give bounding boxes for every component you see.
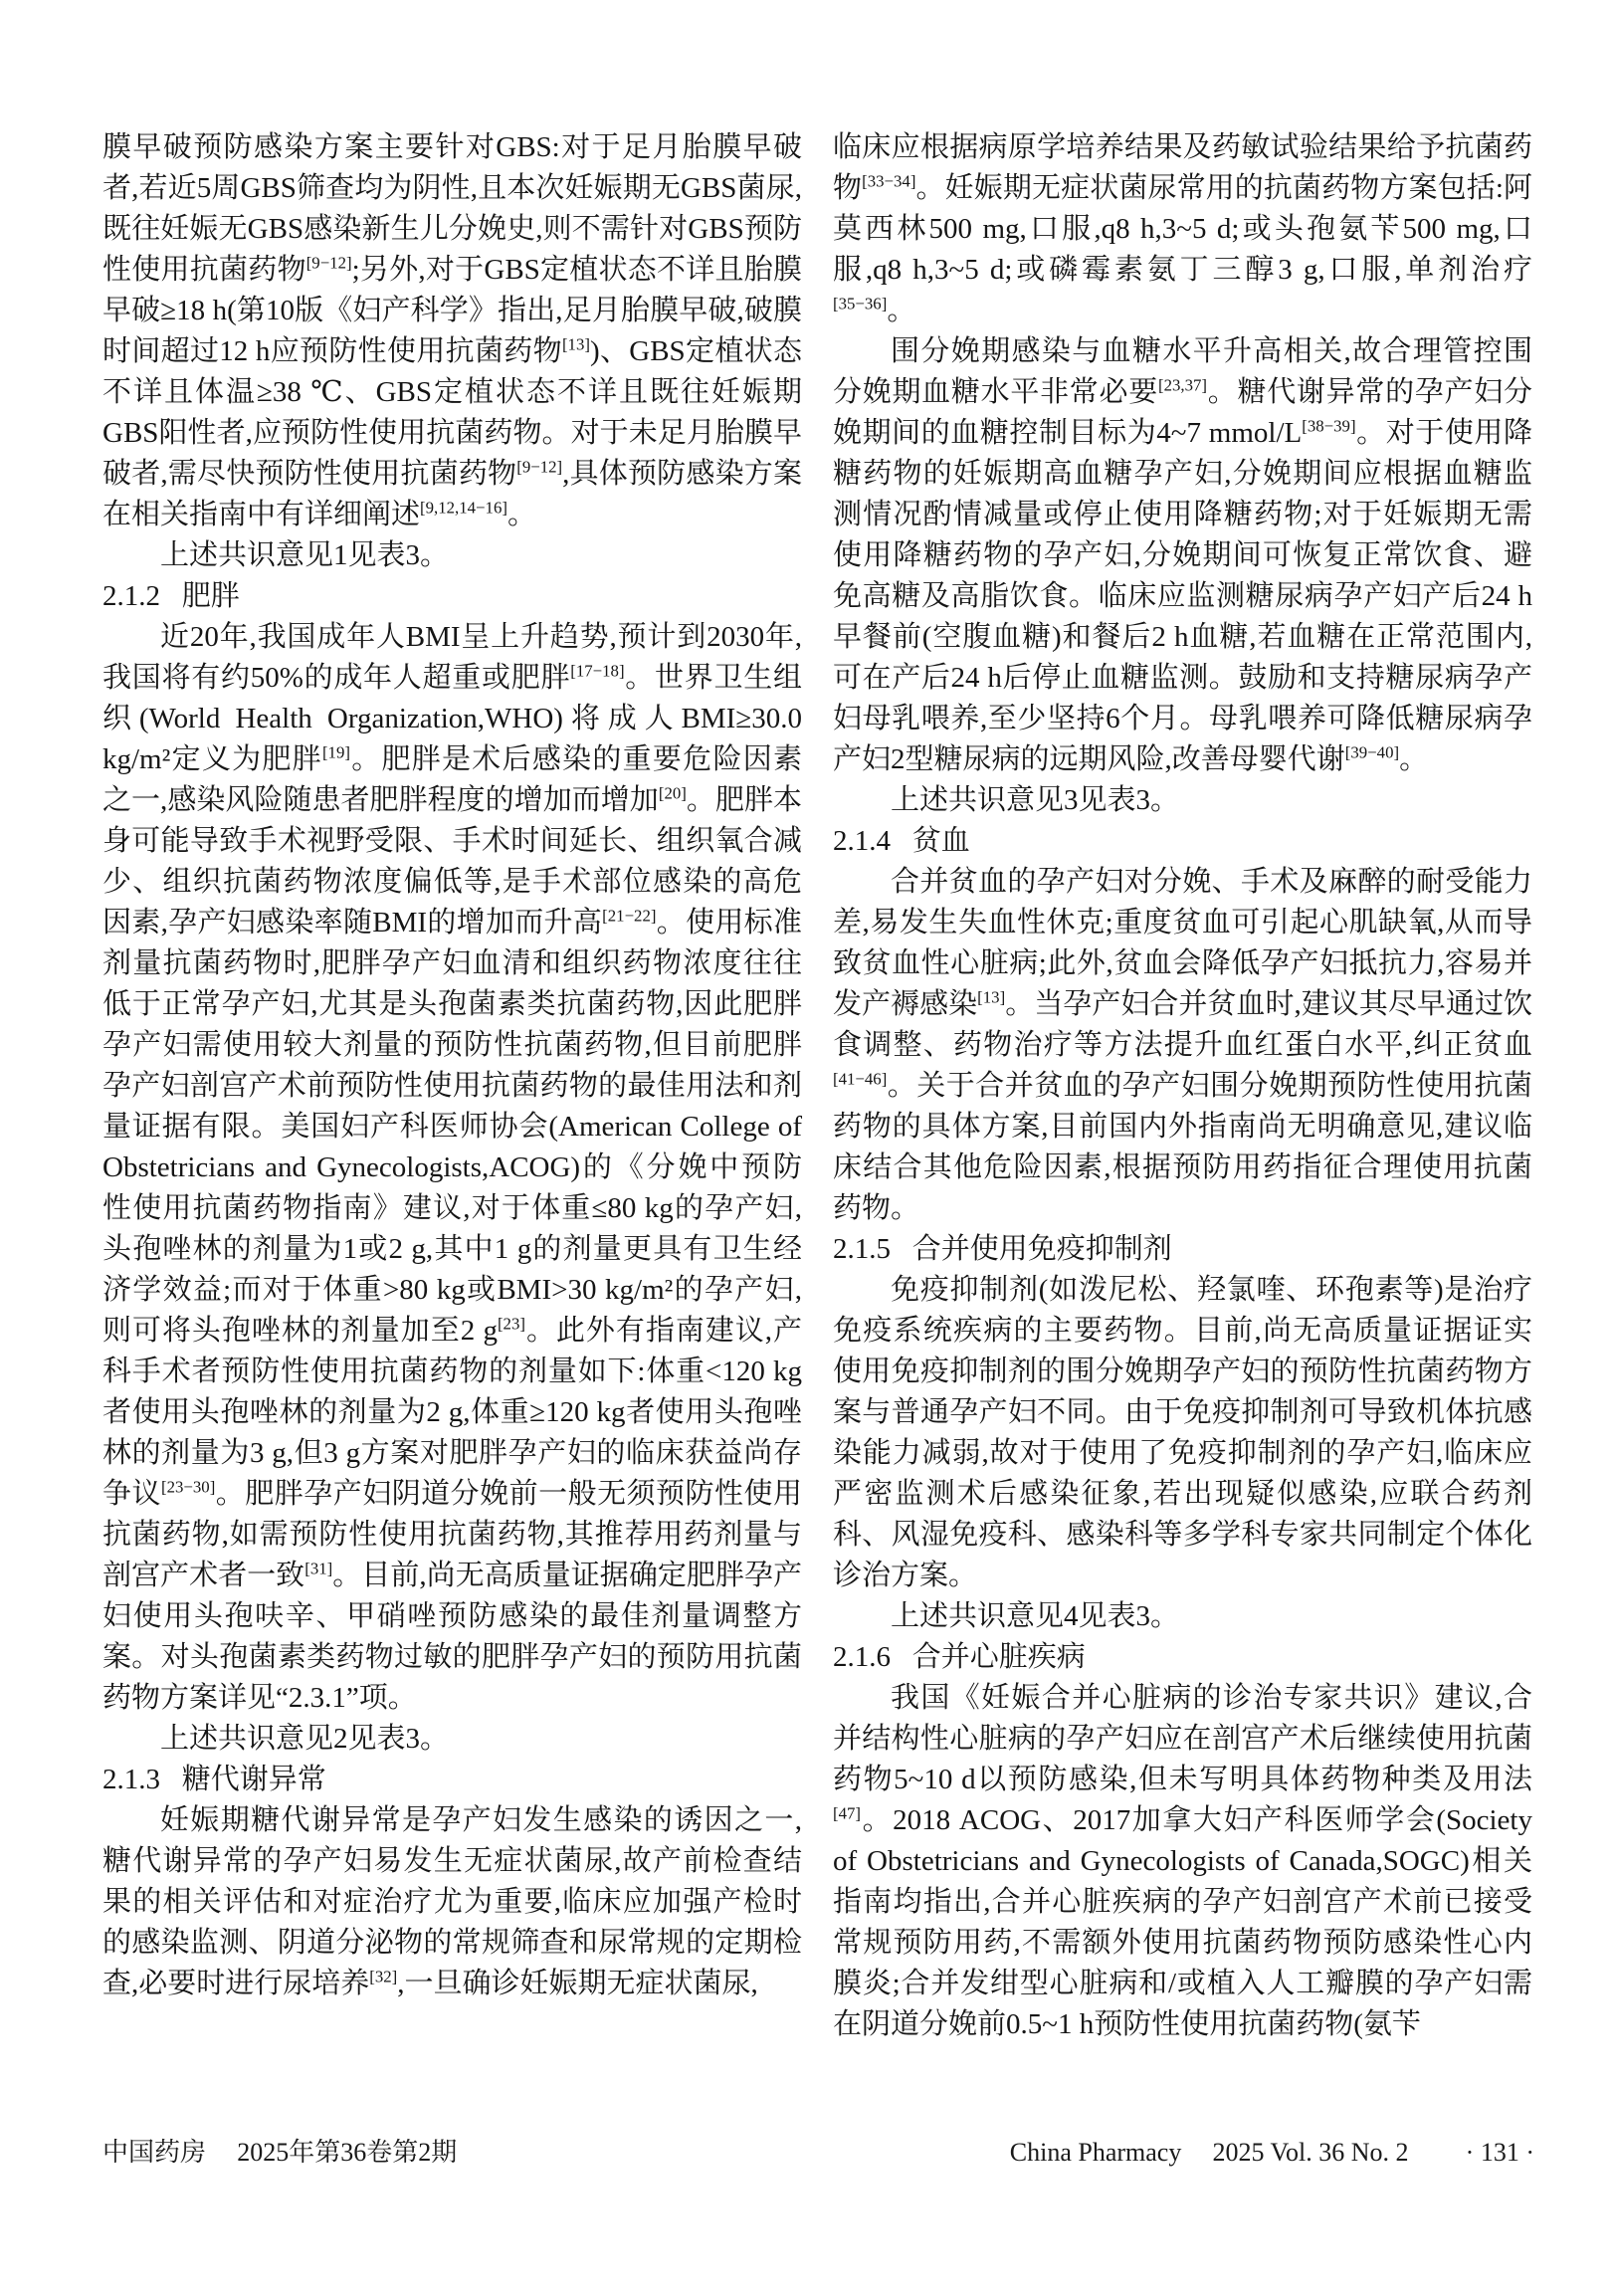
section-heading-2-1-3: 2.1.3糖代谢异常 <box>102 1760 802 1800</box>
section-heading-2-1-6: 2.1.6合并心脏疾病 <box>833 1637 1532 1678</box>
footer-journal-cn: 中国药房 <box>102 2138 206 2167</box>
paragraph: 临床应根据病原学培养结果及药敏试验结果给予抗菌药物[33−34]。妊娠期无症状菌… <box>833 127 1532 331</box>
footer-journal-en: China Pharmacy <box>1010 2138 1182 2167</box>
left-column: 膜早破预防感染方案主要针对GBS:对于足月胎膜早破者,若近5周GBS筛查均为阴性… <box>102 127 802 2004</box>
footer-page-number: · 131 · <box>1466 2138 1534 2167</box>
paragraph: 上述共识意见4见表3。 <box>833 1596 1532 1637</box>
footer-right: China Pharmacy2025 Vol. 36 No. 2· 131 · <box>1010 2138 1534 2168</box>
journal-page: 膜早破预防感染方案主要针对GBS:对于足月胎膜早破者,若近5周GBS筛查均为阴性… <box>0 0 1614 2296</box>
paragraph: 膜早破预防感染方案主要针对GBS:对于足月胎膜早破者,若近5周GBS筛查均为阴性… <box>102 127 802 535</box>
section-title: 合并心脏疾病 <box>912 1641 1086 1673</box>
section-number: 2.1.4 <box>833 825 891 857</box>
section-title: 合并使用免疫抑制剂 <box>912 1233 1172 1265</box>
section-number: 2.1.6 <box>833 1641 891 1673</box>
section-title: 糖代谢异常 <box>182 1764 326 1795</box>
paragraph: 妊娠期糖代谢异常是孕产妇发生感染的诱因之一,糖代谢异常的孕产妇易发生无症状菌尿,… <box>102 1800 802 2004</box>
paragraph: 上述共识意见2见表3。 <box>102 1719 802 1760</box>
section-heading-2-1-2: 2.1.2肥胖 <box>102 576 802 617</box>
section-number: 2.1.2 <box>102 580 160 612</box>
paragraph: 我国《妊娠合并心脏病的诊治专家共识》建议,合并结构性心脏病的孕产妇应在剖宫产术后… <box>833 1678 1532 2045</box>
right-column: 临床应根据病原学培养结果及药敏试验结果给予抗菌药物[33−34]。妊娠期无症状菌… <box>833 127 1532 2045</box>
paragraph: 围分娩期感染与血糖水平升高相关,故合理管控围分娩期血糖水平非常必要[23,37]… <box>833 331 1532 780</box>
paragraph: 上述共识意见1见表3。 <box>102 535 802 576</box>
footer-issue-en: 2025 Vol. 36 No. 2 <box>1213 2138 1409 2167</box>
section-title: 贫血 <box>912 825 970 857</box>
section-number: 2.1.5 <box>833 1233 891 1265</box>
section-title: 肥胖 <box>182 580 240 612</box>
paragraph: 免疫抑制剂(如泼尼松、羟氯喹、环孢素等)是治疗免疫系统疾病的主要药物。目前,尚无… <box>833 1270 1532 1596</box>
paragraph: 近20年,我国成年人BMI呈上升趋势,预计到2030年,我国将有约50%的成年人… <box>102 617 802 1719</box>
footer-left: 中国药房2025年第36卷第2期 <box>102 2138 457 2168</box>
section-heading-2-1-5: 2.1.5合并使用免疫抑制剂 <box>833 1229 1532 1270</box>
paragraph: 上述共识意见3见表3。 <box>833 780 1532 821</box>
footer-issue-cn: 2025年第36卷第2期 <box>237 2138 457 2167</box>
section-number: 2.1.3 <box>102 1764 160 1795</box>
section-heading-2-1-4: 2.1.4贫血 <box>833 821 1532 862</box>
paragraph: 合并贫血的孕产妇对分娩、手术及麻醉的耐受能力差,易发生失血性休克;重度贫血可引起… <box>833 862 1532 1229</box>
